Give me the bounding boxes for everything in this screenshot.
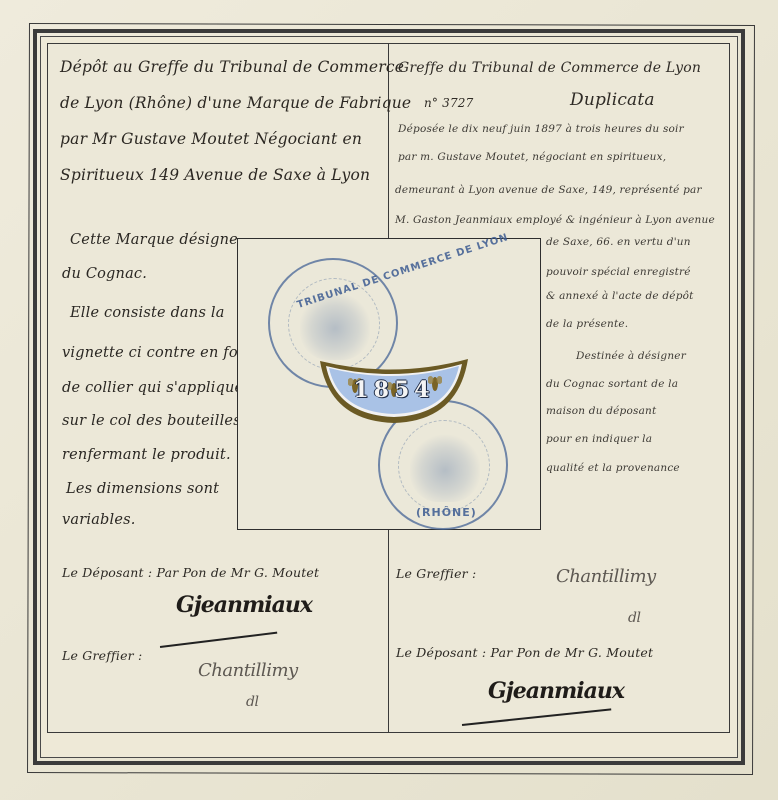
right-depositor-signature: Gjeanmiaux (488, 678, 624, 704)
left-depositor-signature: Gjeanmiaux (176, 592, 312, 618)
cognac-collar-label: 1854 (318, 357, 470, 425)
right-body-line: demeurant à Lyon avenue de Saxe, 149, re… (395, 184, 702, 196)
left-body-line: Les dimensions sont (66, 481, 219, 497)
duplicata-heading: Duplicata (570, 90, 655, 110)
right-body-line: pouvoir spécial enregistré (546, 266, 691, 278)
left-title-line: Dépôt au Greffe du Tribunal de Commerce (60, 58, 404, 76)
left-title-line: de Lyon (Rhône) d'une Marque de Fabrique (60, 94, 411, 112)
left-body-line: de collier qui s'applique (62, 380, 243, 396)
right-header: Greffe du Tribunal de Commerce de Lyon (398, 60, 701, 76)
right-body-line: & annexé à l'acte de dépôt (546, 290, 694, 302)
left-title-line: par Mr Gustave Moutet Négociant en (60, 130, 362, 148)
right-body-line: maison du déposant (546, 405, 656, 417)
left-clerk-label: Le Greffier : (62, 648, 142, 663)
left-body-line: sur le col des bouteilles (62, 413, 241, 429)
right-body-line: par m. Gustave Moutet, négociant en spir… (398, 151, 666, 163)
right-body-line: Destinée à désigner (576, 350, 686, 362)
left-clerk-paraph: dl (246, 694, 258, 710)
right-clerk-label: Le Greffier : (396, 566, 476, 581)
left-body-line: renfermant le produit. (62, 447, 231, 463)
left-depositor-label: Le Déposant : Par Pon de Mr G. Moutet (62, 565, 319, 580)
left-body-line: du Cognac. (62, 266, 147, 282)
marianne-figure-icon (410, 432, 480, 502)
right-body-line: Déposée le dix neuf juin 1897 à trois he… (398, 123, 684, 135)
right-clerk-paraph: dl (628, 610, 640, 626)
right-body-line: de la présente. (546, 318, 628, 330)
left-title-line: Spiritueux 149 Avenue de Saxe à Lyon (60, 166, 370, 184)
left-body-line: Elle consiste dans la (70, 305, 225, 321)
right-clerk-signature: Chantillimy (556, 566, 656, 587)
right-body-line: M. Gaston Jeanmiaux employé & ingénieur … (395, 214, 715, 226)
right-depositor-label: Le Déposant : Par Pon de Mr G. Moutet (396, 645, 653, 660)
right-body-line: du Cognac sortant de la (546, 378, 678, 390)
left-body-line: variables. (62, 512, 136, 528)
stamp-text: (RHÔNE) (416, 506, 477, 519)
right-body-line: qualité et la provenance (546, 462, 680, 474)
right-body-line: de Saxe, 66. en vertu d'un (546, 236, 691, 248)
registration-number: n° 3727 (424, 96, 473, 110)
left-clerk-signature: Chantillimy (198, 660, 298, 681)
vignette-year: 1854 (318, 377, 470, 403)
right-body-line: pour en indiquer la (546, 433, 652, 445)
left-body-line: Cette Marque désigne (70, 232, 238, 248)
